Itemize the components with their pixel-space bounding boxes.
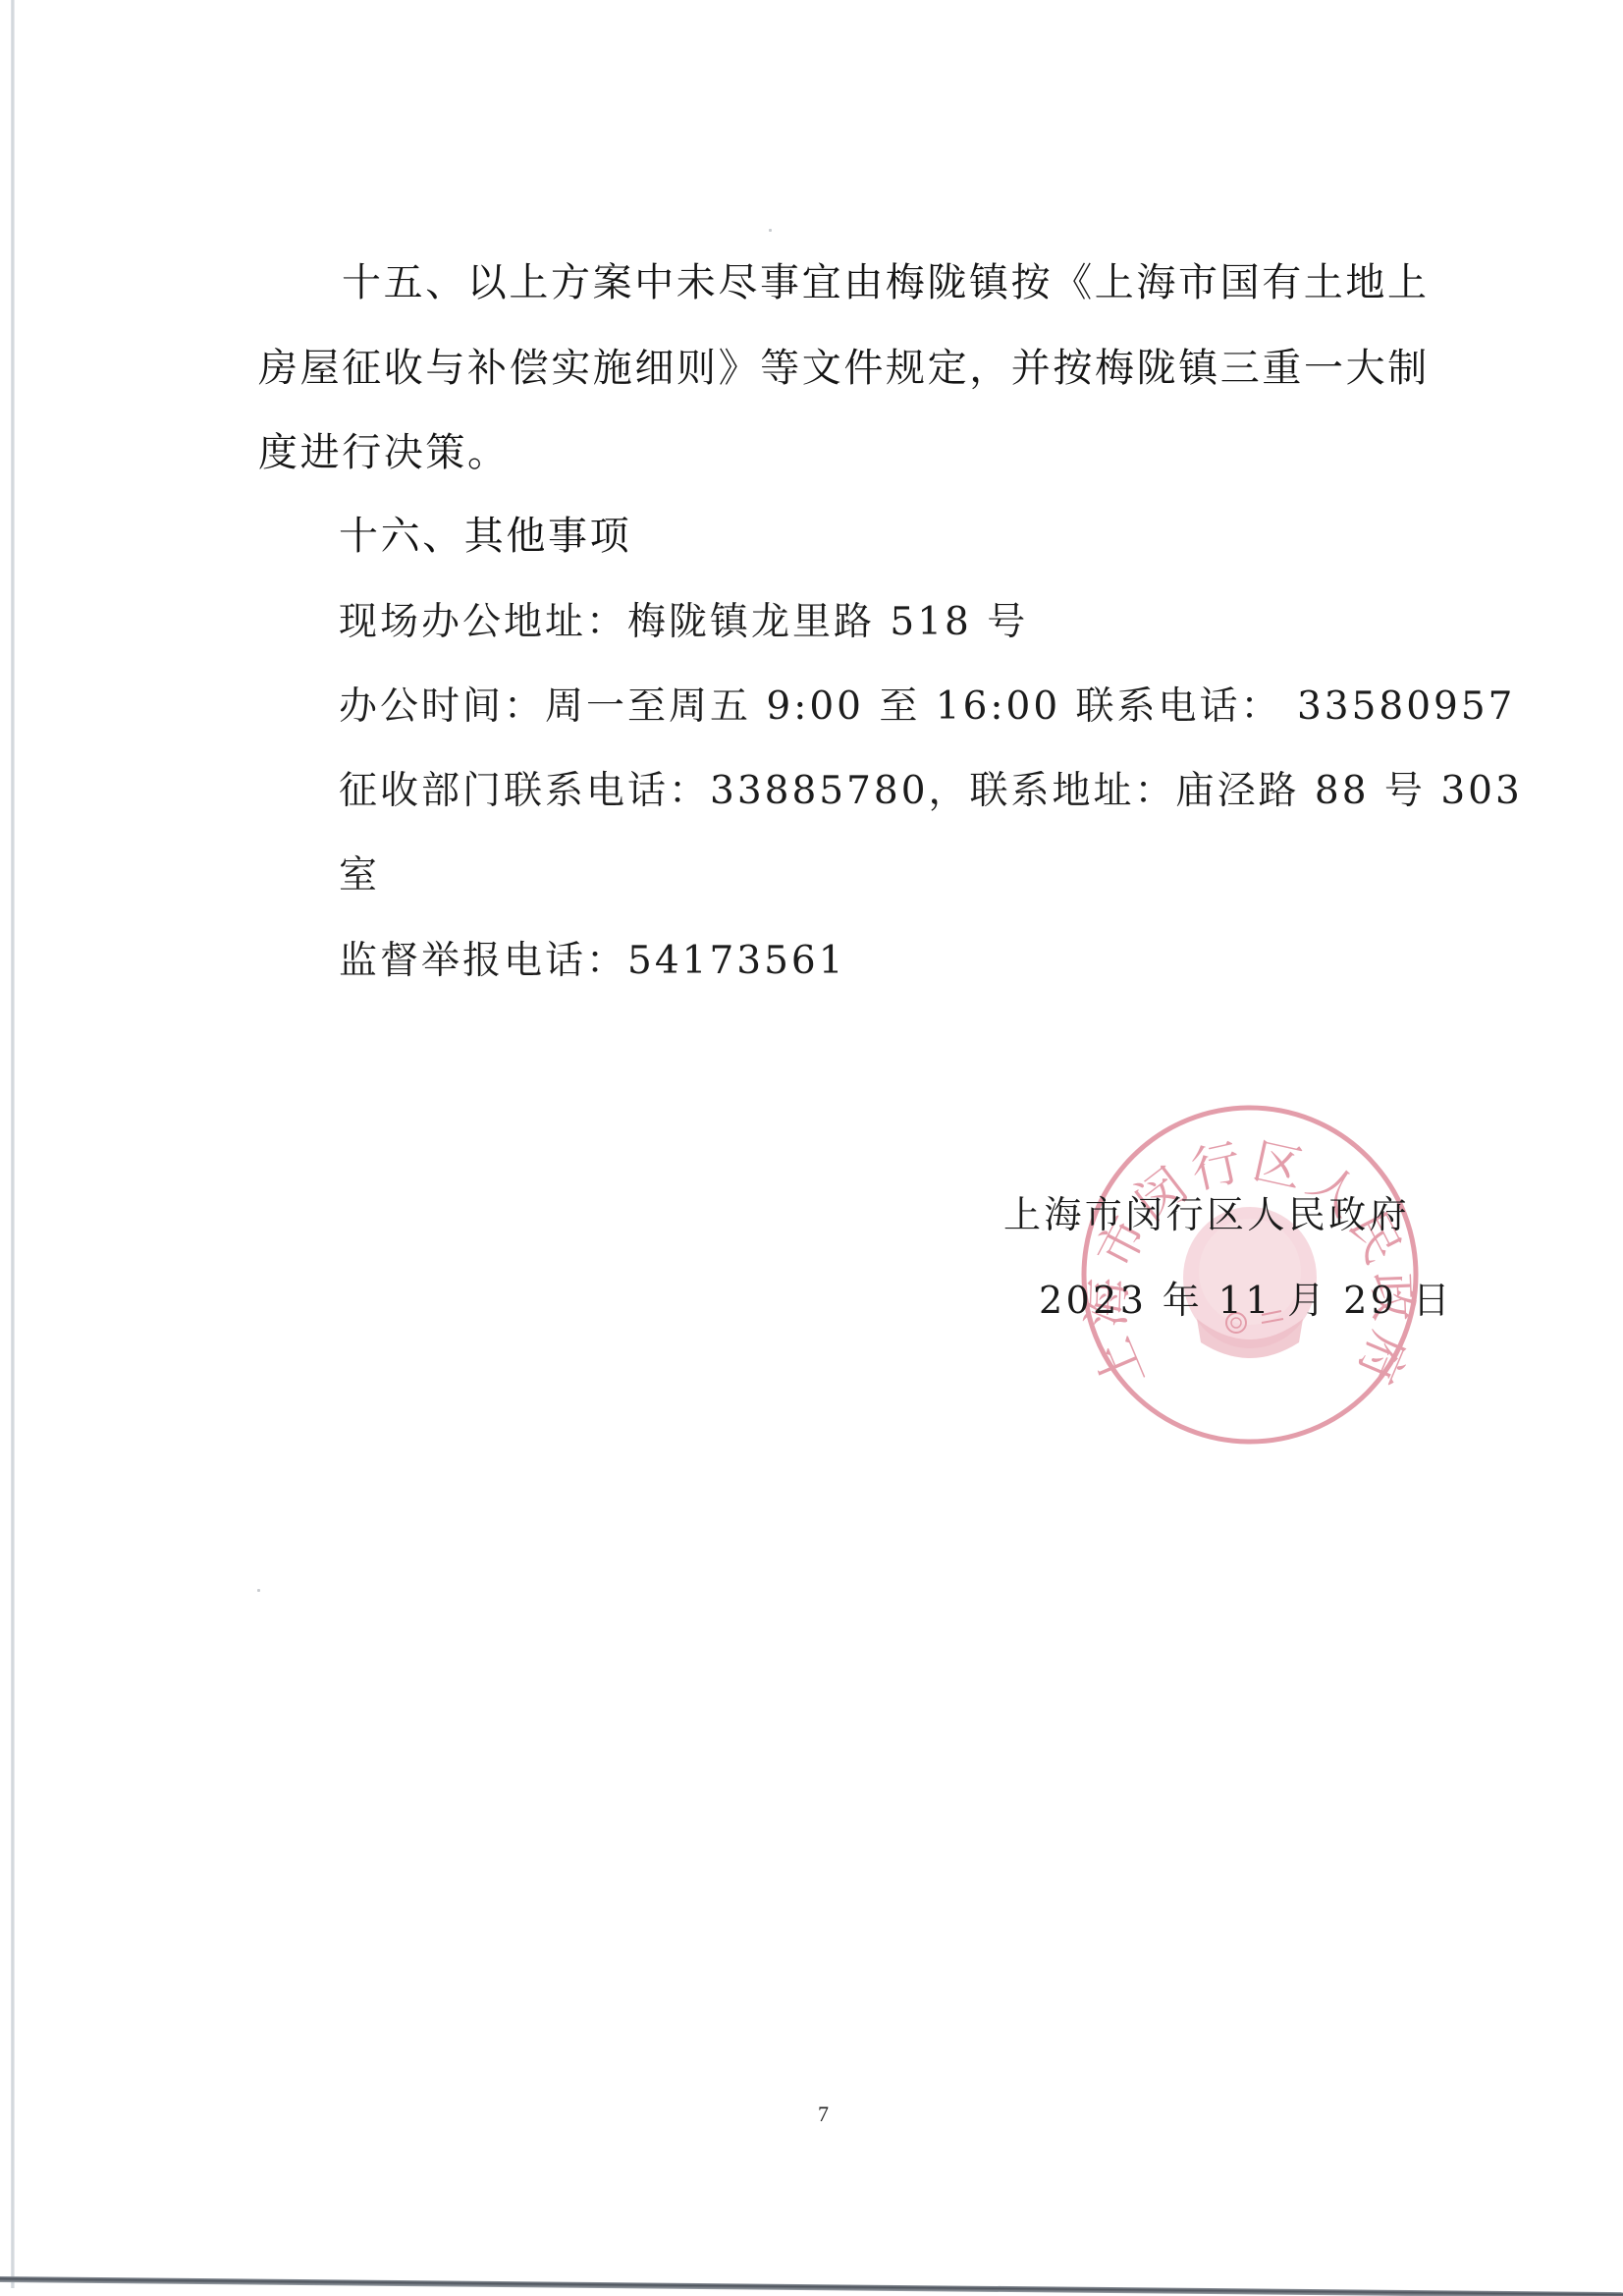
office-address-line: 现场办公地址：梅陇镇龙里路 518 号 [339,603,1028,641]
scan-speck [257,1589,260,1592]
section-15-line-1: 十五、以上方案中未尽事宜由梅陇镇按《上海市国有土地上 [342,263,1430,302]
issue-date: 2023 年 11 月 29 日 [1039,1282,1453,1319]
section-15-line-3: 度进行决策。 [258,433,510,472]
page-number: 7 [818,2102,829,2127]
section-16-heading: 十六、其他事项 [339,517,631,556]
supervision-hotline-line: 监督举报电话：54173561 [339,942,846,980]
section-15-line-2: 房屋征收与补偿实施细则》等文件规定，并按梅陇镇三重一大制 [258,349,1430,388]
office-hours-line: 办公时间：周一至周五 9:00 至 16:00 联系电话： 33580957 [339,687,1515,726]
department-contact-line-cont: 室 [339,856,380,895]
official-seal-icon: 上海市闵行区人民政府 [1079,1103,1421,1447]
issuer-name: 上海市闵行区人民政府 [1003,1196,1410,1233]
scan-speck [769,229,772,232]
document-page: 十五、以上方案中未尽事宜由梅陇镇按《上海市国有土地上 房屋征收与补偿实施细则》等… [0,0,1623,2296]
department-contact-line: 征收部门联系电话：33885780，联系地址：庙泾路 88 号 303 [339,772,1523,810]
